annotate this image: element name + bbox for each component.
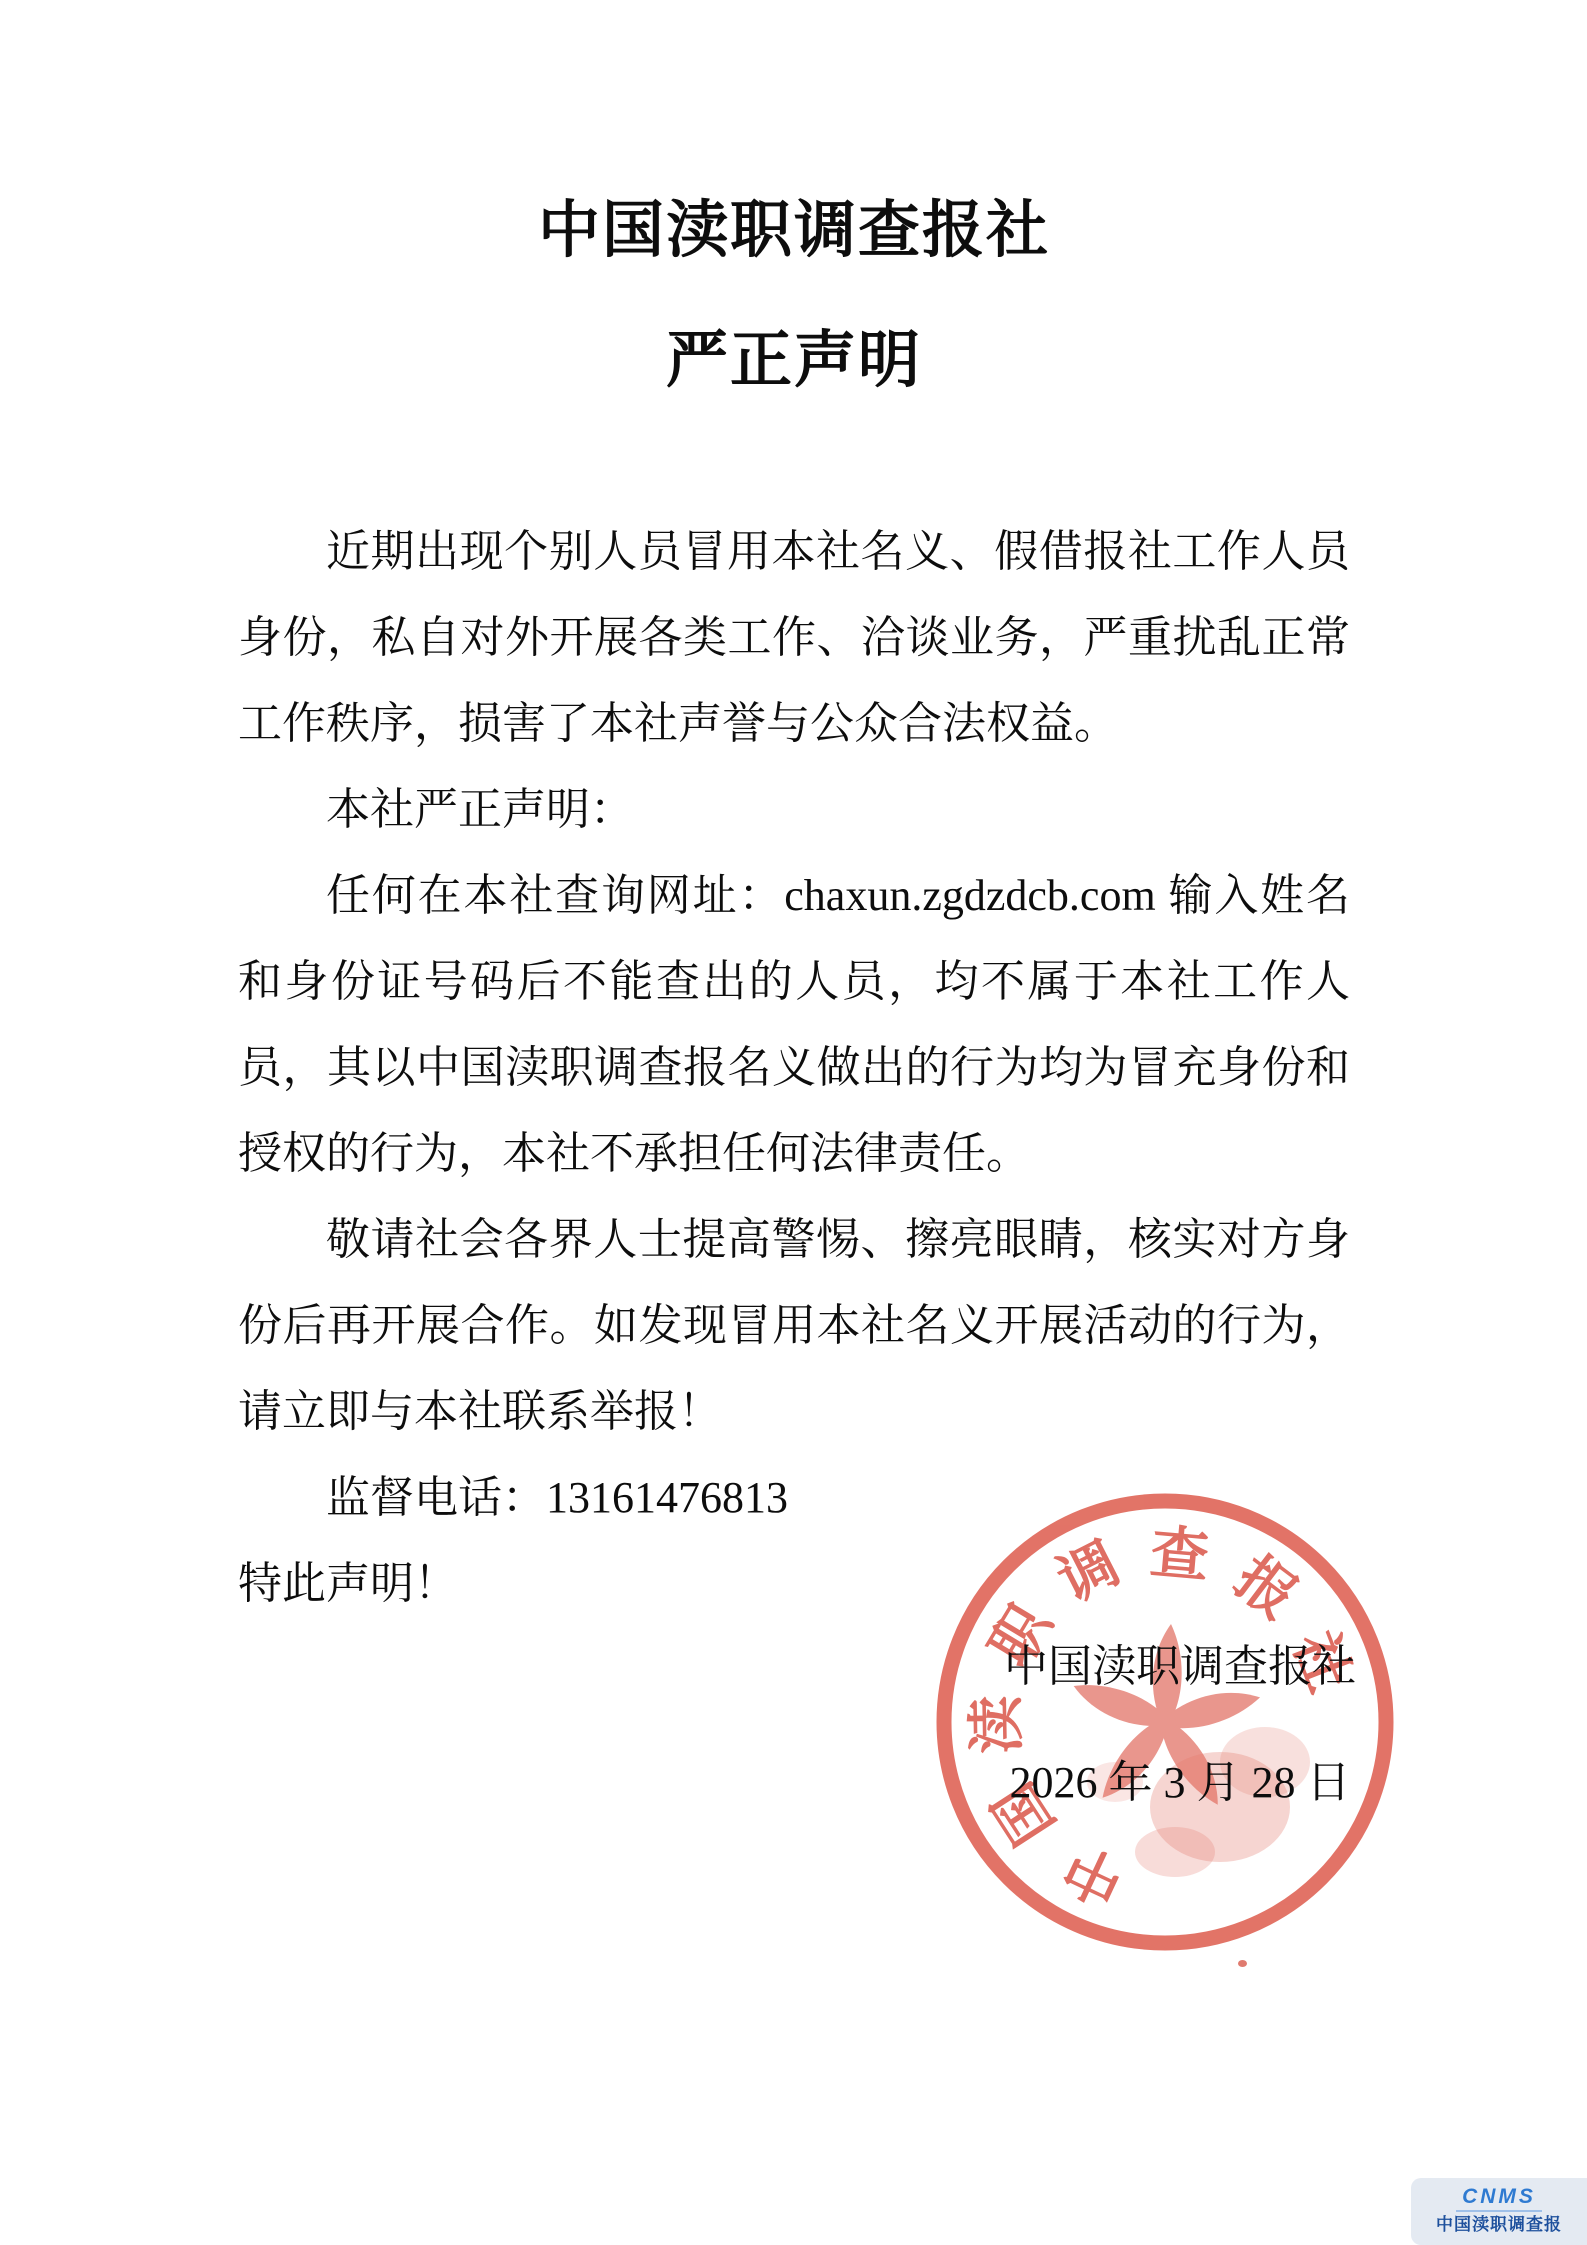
signature-block: 中国渎职调查报社 2026 年 3 月 28 日 <box>945 1621 1415 1829</box>
seal-ring-char: 中 <box>1054 1833 1134 1916</box>
statement-text: 近期出现个别人员冒用本社名义、假借报社工作人员身份，私自对外开展各类工作、洽谈业… <box>238 509 1350 1627</box>
paragraph-intro: 近期出现个别人员冒用本社名义、假借报社工作人员身份，私自对外开展各类工作、洽谈业… <box>238 509 1350 767</box>
paragraph-declare-lead: 本社严正声明： <box>238 767 1350 853</box>
brand-wordmark: CNMS <box>1456 2185 1542 2212</box>
footer-logo: CNMS 中国渎职调查报 <box>1411 2178 1587 2245</box>
paragraph-warning: 敬请社会各界人士提高警惕、擦亮眼睛，核实对方身份后再开展合作。如发现冒用本社名义… <box>238 1197 1350 1455</box>
document-page: 中国渎职调查报社 严正声明 近期出现个别人员冒用本社名义、假借报社工作人员身份，… <box>0 0 1587 2245</box>
seal-ink-dot <box>1238 1960 1247 1967</box>
signature-org: 中国渎职调查报社 <box>945 1621 1415 1713</box>
seal-ring-char: 查 <box>1148 1520 1211 1590</box>
document-title-line1: 中国渎职调查报社 <box>238 166 1350 296</box>
signature-date: 2026 年 3 月 28 日 <box>945 1737 1415 1829</box>
document-title-line2: 严正声明 <box>238 296 1350 426</box>
document-body: 中国渎职调查报社 严正声明 近期出现个别人员冒用本社名义、假借报社工作人员身份，… <box>238 0 1350 1627</box>
seal-ring-char: 报 <box>1223 1544 1308 1631</box>
brand-name: 中国渎职调查报 <box>1436 2212 1562 2238</box>
document-title: 中国渎职调查报社 严正声明 <box>238 166 1350 426</box>
paragraph-verification: 任何在本社查询网址：chaxun.zgdzdcb.com 输入姓名和身份证号码后… <box>238 853 1350 1197</box>
seal-ring-char: 调 <box>1048 1530 1129 1614</box>
